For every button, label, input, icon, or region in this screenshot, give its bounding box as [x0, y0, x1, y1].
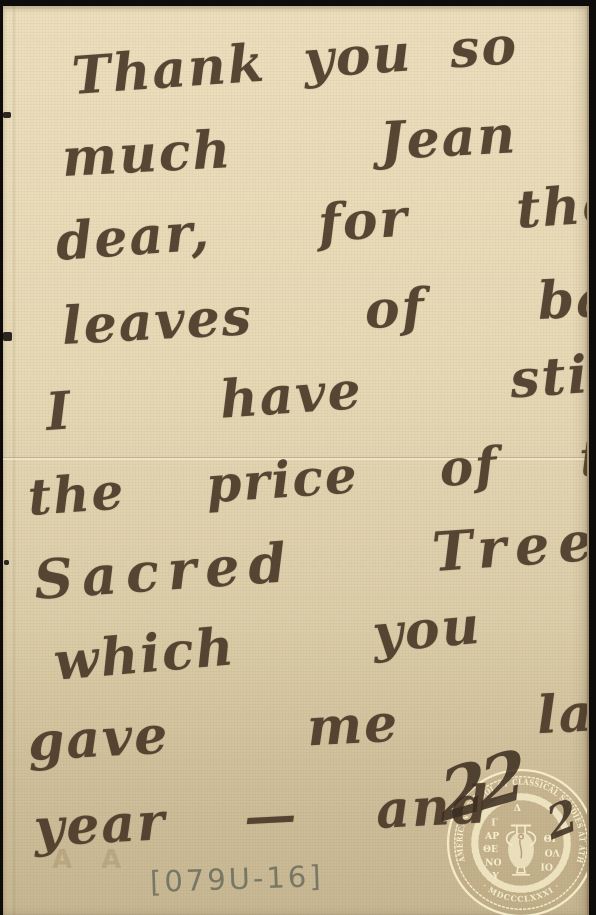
- seal-greek-letter: Υ: [491, 871, 499, 882]
- letter-paper: A A AMERICAN SCHOOL OF CLASSICAL STVDIES…: [3, 6, 589, 915]
- handwriting-line-4: leaves of bay: [60, 266, 589, 357]
- catalog-label: [079U-16]: [149, 859, 324, 899]
- edge-speck: [3, 332, 12, 341]
- handwriting-line-10: year — and: [32, 774, 491, 859]
- edge-speck: [4, 560, 9, 565]
- handwriting-line-7: Sacred Tree: [32, 508, 589, 612]
- edge-speck: [3, 112, 11, 118]
- scan-frame: A A AMERICAN SCHOOL OF CLASSICAL STVDIES…: [0, 0, 596, 915]
- handwriting-line-1: Thank you so: [70, 15, 520, 107]
- handwriting-line-3: dear, for the: [54, 173, 589, 273]
- seal-greek-letter: ΟΛ: [545, 848, 561, 859]
- handwriting-line-2: much Jean: [60, 104, 518, 189]
- seal-greek-letter: ΝΟ: [485, 858, 501, 869]
- seal-greek-letter: ΘΕ: [483, 844, 498, 855]
- handwriting-line-8: which you: [51, 595, 483, 693]
- handwriting-line-5: I have still: [44, 341, 589, 443]
- seal-greek-letter: ΙΟ: [541, 863, 553, 874]
